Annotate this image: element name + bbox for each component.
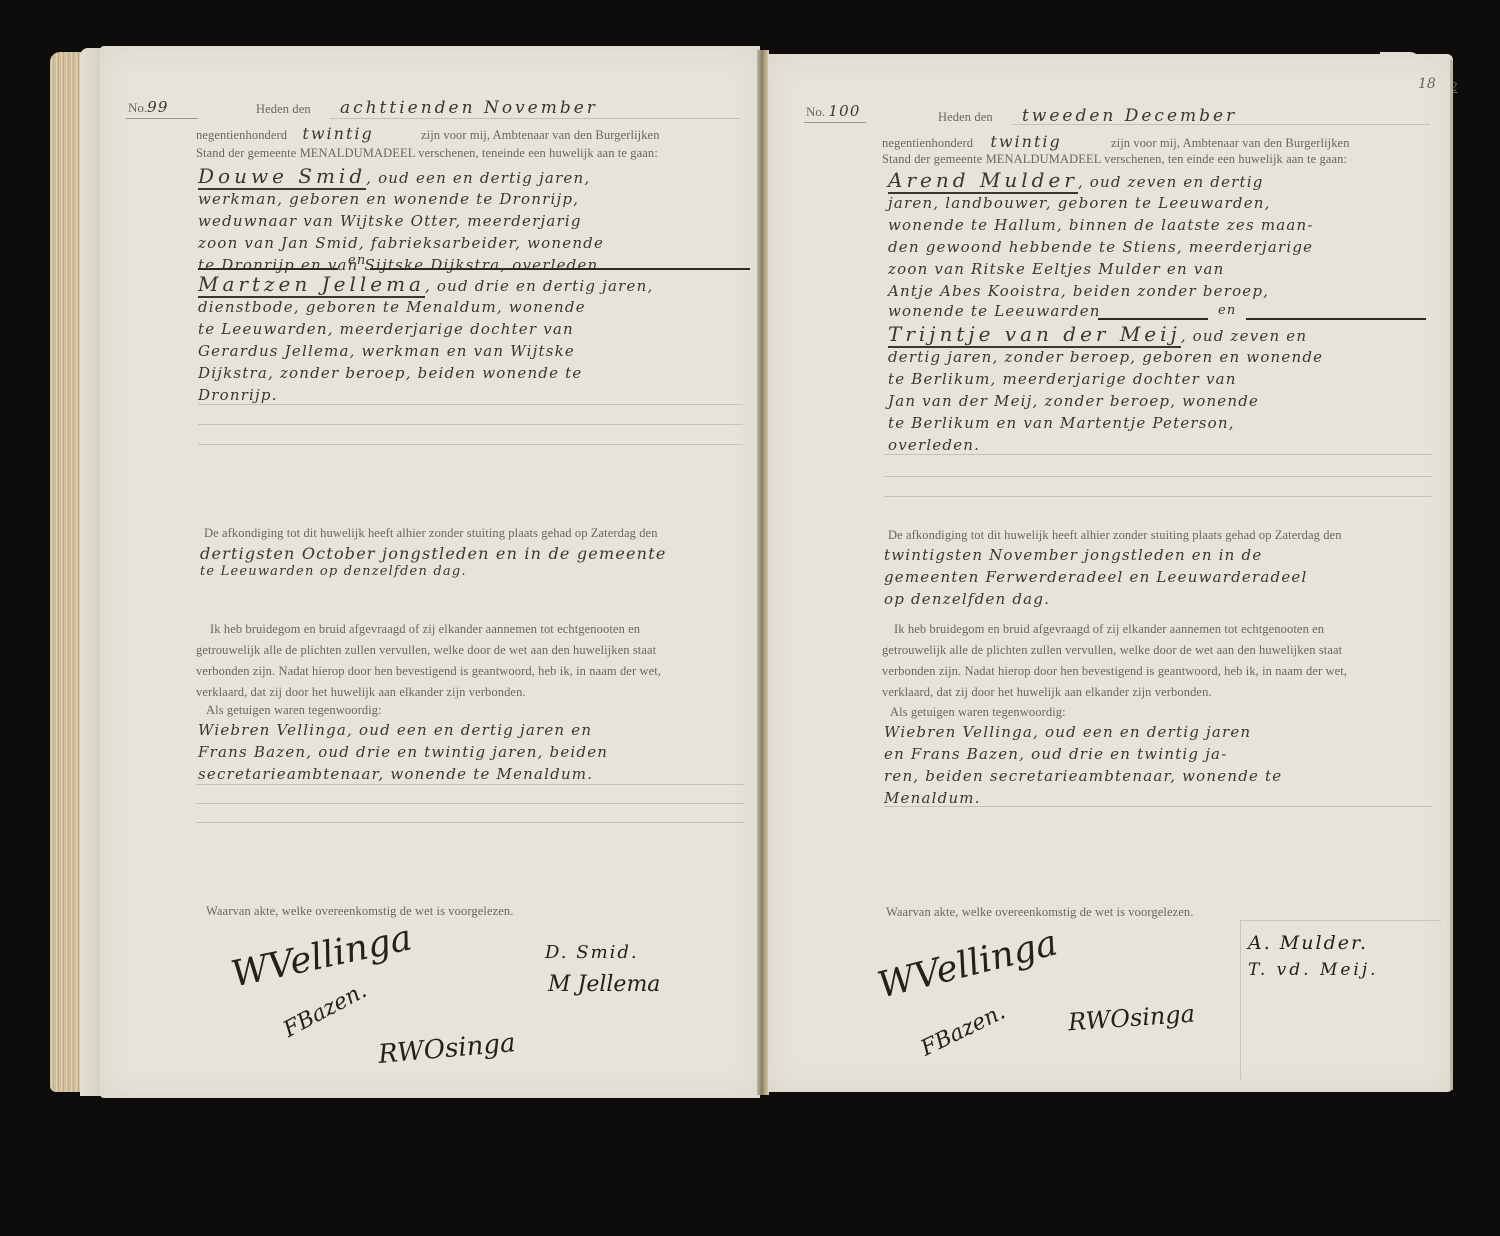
- hand-day-month: achttienden November: [340, 98, 598, 118]
- record-number-value: 100: [828, 102, 860, 120]
- witnesses-hand-1: Wiebren Vellinga, oud een en dertig jare…: [198, 721, 592, 739]
- ruled-line: [884, 496, 1432, 497]
- groom-line-6: Antje Abes Kooistra, beiden zonder beroe…: [888, 282, 1269, 300]
- bride-line-4: Gerardus Jellema, werkman en van Wijtske: [198, 342, 575, 360]
- groom-line-3: weduwnaar van Wijtske Otter, meerderjari…: [198, 212, 582, 230]
- declaration-line-2: getrouwelijk alle de plichten zullen ver…: [196, 643, 656, 658]
- groom-line-4: den gewoond hebbende te Stiens, meerderj…: [888, 238, 1313, 256]
- printed-gemeente-line: Stand der gemeente MENALDUMADEEL versche…: [196, 146, 658, 161]
- bride-line-6: Dronrijp.: [198, 386, 278, 404]
- proclamation-hand-3: op denzelfden dag.: [884, 590, 1050, 608]
- bride-line-1: Martzen Jellema, oud drie en dertig jare…: [198, 272, 653, 296]
- declaration-line-1: Ik heb bruidegom en bruid afgevraagd of …: [210, 622, 640, 637]
- ruled-line: [198, 404, 743, 405]
- bride-text: , oud zeven en: [1181, 327, 1308, 345]
- groom-name: Douwe Smid: [198, 164, 366, 190]
- witnesses-printed: Als getuigen waren tegenwoordig:: [890, 705, 1066, 720]
- proclamation-hand-2: te Leeuwarden op denzelfden dag.: [200, 564, 467, 579]
- proclamation-printed: De afkondiging tot dit huwelijk heeft al…: [888, 528, 1342, 543]
- hand-day-month: tweeden December: [1022, 106, 1237, 126]
- date-line-1: Heden den achttienden November: [256, 98, 598, 118]
- bride-line-5: te Berlikum en van Martentje Peterson,: [888, 414, 1235, 432]
- printed-gemeente-line: Stand der gemeente MENALDUMADEEL versche…: [882, 152, 1347, 167]
- declaration-line-1: Ik heb bruidegom en bruid afgevraagd of …: [894, 622, 1324, 637]
- groom-line-4: zoon van Jan Smid, fabrieksarbeider, won…: [198, 234, 604, 252]
- bride-line-4: Jan van der Meij, zonder beroep, wonende: [888, 392, 1259, 410]
- ruled-line: [1012, 124, 1430, 125]
- folio-mark-1: 18: [1418, 76, 1436, 92]
- hand-year: twintig: [302, 124, 373, 143]
- closing-printed: Waarvan akte, welke overeenkomstig de we…: [206, 904, 513, 919]
- groom-text: , oud zeven en dertig: [1078, 173, 1264, 191]
- en-connector: en: [1218, 303, 1236, 318]
- groom-line-2: jaren, landbouwer, geboren te Leeuwarden…: [888, 194, 1271, 212]
- printed-negentienhonderd: negentienhonderd: [882, 136, 973, 150]
- groom-text: , oud een en dertig jaren,: [366, 169, 590, 187]
- record-number-underline: [126, 118, 198, 119]
- en-rule-right: [1246, 318, 1426, 320]
- printed-heden-den: Heden den: [938, 110, 993, 124]
- printed-negentienhonderd: negentienhonderd: [196, 128, 287, 142]
- witnesses-hand-1: Wiebren Vellinga, oud een en dertig jare…: [884, 723, 1251, 741]
- declaration-line-3: verbonden zijn. Nadat hierop door hen be…: [882, 664, 1347, 679]
- signature-witness-vellinga: WVellinga: [228, 917, 416, 995]
- groom-line-1: Arend Mulder, oud zeven en dertig: [888, 168, 1264, 192]
- ruled-line: [198, 424, 743, 425]
- signature-bride: M Jellema: [548, 972, 660, 997]
- en-rule-left: [1098, 318, 1208, 320]
- ruled-line: [196, 784, 744, 785]
- groom-name: Arend Mulder: [888, 168, 1078, 194]
- ruled-line: [884, 454, 1432, 455]
- bride-line-5: Dijkstra, zonder beroep, beiden wonende …: [198, 364, 582, 382]
- groom-line-2: werkman, geboren en wonende te Dronrijp,: [198, 190, 579, 208]
- ruled-line: [330, 118, 740, 119]
- hand-year: twintig: [990, 132, 1061, 151]
- date-line-1: Heden den tweeden December: [938, 106, 1237, 126]
- signature-bride: T. vd. Meij.: [1248, 960, 1379, 980]
- printed-ambtenaar: zijn voor mij, Ambtenaar van den Burgerl…: [1111, 136, 1350, 150]
- bride-line-1: Trijntje van der Meij, oud zeven en: [888, 322, 1307, 346]
- right-page-edge: [1450, 60, 1453, 1090]
- bride-name: Martzen Jellema: [198, 272, 425, 298]
- proclamation-hand-1: twintigsten November jongstleden en in d…: [884, 546, 1262, 564]
- bride-line-2: dertig jaren, zonder beroep, geboren en …: [888, 348, 1323, 366]
- date-line-2: negentienhonderd twintig zijn voor mij, …: [196, 124, 660, 143]
- declaration-line-2: getrouwelijk alle de plichten zullen ver…: [882, 643, 1342, 658]
- bride-line-6: overleden.: [888, 436, 980, 454]
- signature-witness-vellinga: WVellinga: [874, 922, 1062, 1006]
- printed-ambtenaar: zijn voor mij, Ambtenaar van den Burgerl…: [421, 128, 660, 142]
- record-number: No. 100: [806, 102, 861, 120]
- witnesses-printed: Als getuigen waren tegenwoordig:: [206, 703, 382, 718]
- witnesses-hand-3: secretarieambtenaar, wonende te Menaldum…: [198, 765, 593, 783]
- record-number-value: 99: [147, 98, 169, 116]
- bride-line-3: te Berlikum, meerderjarige dochter van: [888, 370, 1237, 388]
- record-number-underline: [804, 122, 866, 123]
- witnesses-hand-2: Frans Bazen, oud drie en twintig jaren, …: [198, 743, 608, 761]
- bride-line-2: dienstbode, geboren te Menaldum, wonende: [198, 298, 586, 316]
- signature-groom: A. Mulder.: [1248, 932, 1368, 954]
- signature-groom: D. Smid.: [545, 942, 639, 963]
- signature-official-osinga: RWOsinga: [377, 1028, 517, 1070]
- declaration-line-4: verklaard, dat zij door het huwelijk aan…: [882, 685, 1212, 700]
- witnesses-hand-3: ren, beiden secretarieambtenaar, wonende…: [884, 767, 1282, 785]
- signature-witness-bazen: FBazen.: [917, 999, 1009, 1061]
- groom-line-3: wonende te Hallum, binnen de laatste zes…: [888, 216, 1314, 234]
- bride-name: Trijntje van der Meij: [888, 322, 1181, 348]
- bride-line-3: te Leeuwarden, meerderjarige dochter van: [198, 320, 574, 338]
- ruled-line: [884, 806, 1432, 807]
- ruled-line: [198, 444, 743, 445]
- proclamation-hand-1: dertigsten October jongstleden en in de …: [200, 544, 667, 563]
- closing-printed: Waarvan akte, welke overeenkomstig de we…: [886, 905, 1193, 920]
- ruled-line: [884, 476, 1432, 477]
- proclamation-printed: De afkondiging tot dit huwelijk heeft al…: [204, 526, 658, 541]
- ruled-line: [196, 822, 744, 823]
- record-number-label: No.: [128, 100, 147, 115]
- declaration-line-4: verklaard, dat zij door het huwelijk aan…: [196, 685, 526, 700]
- open-register-book: No.99 Heden den achttienden November neg…: [0, 0, 1500, 1236]
- proclamation-hand-2: gemeenten Ferwerderadeel en Leeuwarderad…: [884, 568, 1307, 586]
- record-number: No.99: [128, 98, 169, 116]
- witnesses-hand-4: Menaldum.: [884, 789, 981, 807]
- groom-line-5: zoon van Ritske Eeltjes Mulder en van: [888, 260, 1224, 278]
- witnesses-hand-2: en Frans Bazen, oud drie en twintig ja-: [884, 745, 1227, 763]
- ruled-line: [196, 803, 744, 804]
- right-page: 18 2 No. 100 Heden den tweeden December …: [768, 54, 1453, 1092]
- signature-witness-bazen: FBazen.: [279, 978, 370, 1042]
- en-rule-right: [370, 268, 750, 270]
- groom-line-1: Douwe Smid, oud een en dertig jaren,: [198, 164, 590, 188]
- page-edges-stack: [50, 52, 82, 1092]
- signature-official-osinga: RWOsinga: [1067, 1000, 1196, 1037]
- groom-line-7: wonende te Leeuwarden: [888, 302, 1101, 320]
- printed-heden-den: Heden den: [256, 102, 311, 116]
- bride-text: , oud drie en dertig jaren,: [425, 277, 653, 295]
- declaration-line-3: verbonden zijn. Nadat hierop door hen be…: [196, 664, 661, 679]
- left-page: No.99 Heden den achttienden November neg…: [100, 46, 760, 1098]
- en-rule-left: [198, 268, 338, 270]
- record-number-label: No.: [806, 104, 825, 119]
- en-connector: en: [348, 253, 366, 268]
- date-line-2: negentienhonderd twintig zijn voor mij, …: [882, 132, 1350, 151]
